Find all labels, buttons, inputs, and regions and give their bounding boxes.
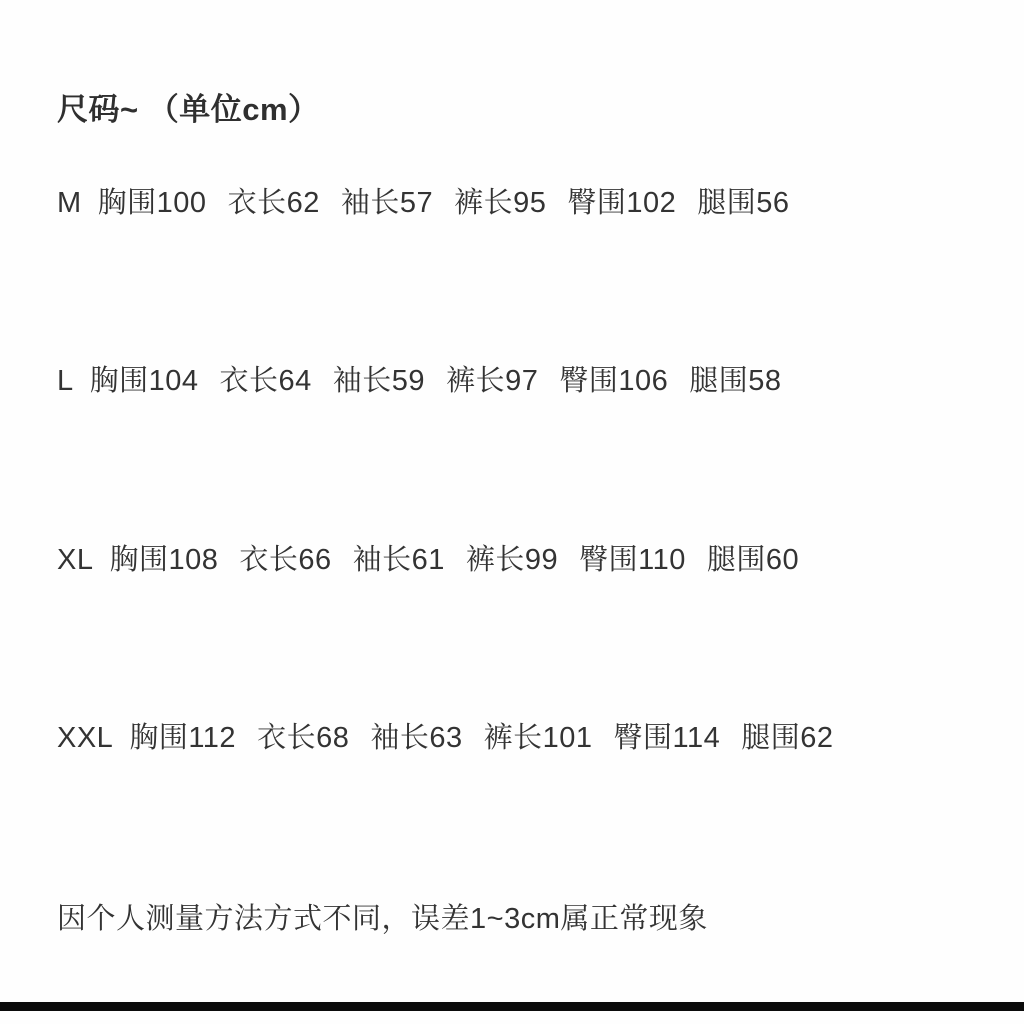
size-row-m: M 胸围100 衣长62 袖长57 裤长95 臀围102 腿围56	[57, 180, 790, 221]
measure-leg: 腿围58	[689, 358, 781, 399]
measure-sleeve: 袖长59	[333, 358, 425, 399]
size-label: XXL	[57, 722, 113, 755]
size-row-xxl: XXL 胸围112 衣长68 袖长63 裤长101 臀围114 腿围62	[57, 715, 833, 756]
measure-sleeve: 袖长57	[341, 180, 433, 221]
size-chart-page: 尺码~ （单位cm） M 胸围100 衣长62 袖长57 裤长95 臀围102 …	[0, 0, 1024, 1024]
measure-length: 衣长68	[257, 715, 349, 756]
measure-leg: 腿围56	[697, 180, 789, 221]
measure-hip: 臀围110	[579, 537, 686, 578]
measure-pants: 裤长101	[484, 715, 593, 756]
measure-pants: 裤长95	[454, 180, 546, 221]
measure-pants: 裤长99	[466, 537, 558, 578]
measure-chest: 胸围112	[129, 715, 236, 756]
measure-leg: 腿围60	[707, 537, 799, 578]
measure-chest: 胸围100	[98, 180, 207, 221]
measure-length: 衣长64	[220, 358, 312, 399]
measure-hip: 臀围102	[567, 180, 676, 221]
measure-length: 衣长62	[228, 180, 320, 221]
measure-sleeve: 袖长61	[353, 537, 445, 578]
page-title: 尺码~ （单位cm）	[57, 84, 320, 129]
measure-chest: 胸围108	[109, 537, 218, 578]
bottom-black-bar	[0, 1002, 1024, 1011]
measurement-disclaimer: 因个人测量方法方式不同，误差1~3cm属正常现象	[57, 896, 708, 937]
measure-sleeve: 袖长63	[370, 715, 462, 756]
measure-chest: 胸围104	[90, 358, 199, 399]
measure-hip: 臀围106	[559, 358, 668, 399]
measure-hip: 臀围114	[613, 715, 720, 756]
size-label: L	[57, 365, 74, 398]
measure-length: 衣长66	[239, 537, 331, 578]
size-label: XL	[57, 544, 93, 577]
size-label: M	[57, 187, 82, 220]
measure-leg: 腿围62	[741, 715, 833, 756]
size-row-l: L 胸围104 衣长64 袖长59 裤长97 臀围106 腿围58	[57, 358, 781, 399]
measure-pants: 裤长97	[446, 358, 538, 399]
size-row-xl: XL 胸围108 衣长66 袖长61 裤长99 臀围110 腿围60	[57, 537, 799, 578]
